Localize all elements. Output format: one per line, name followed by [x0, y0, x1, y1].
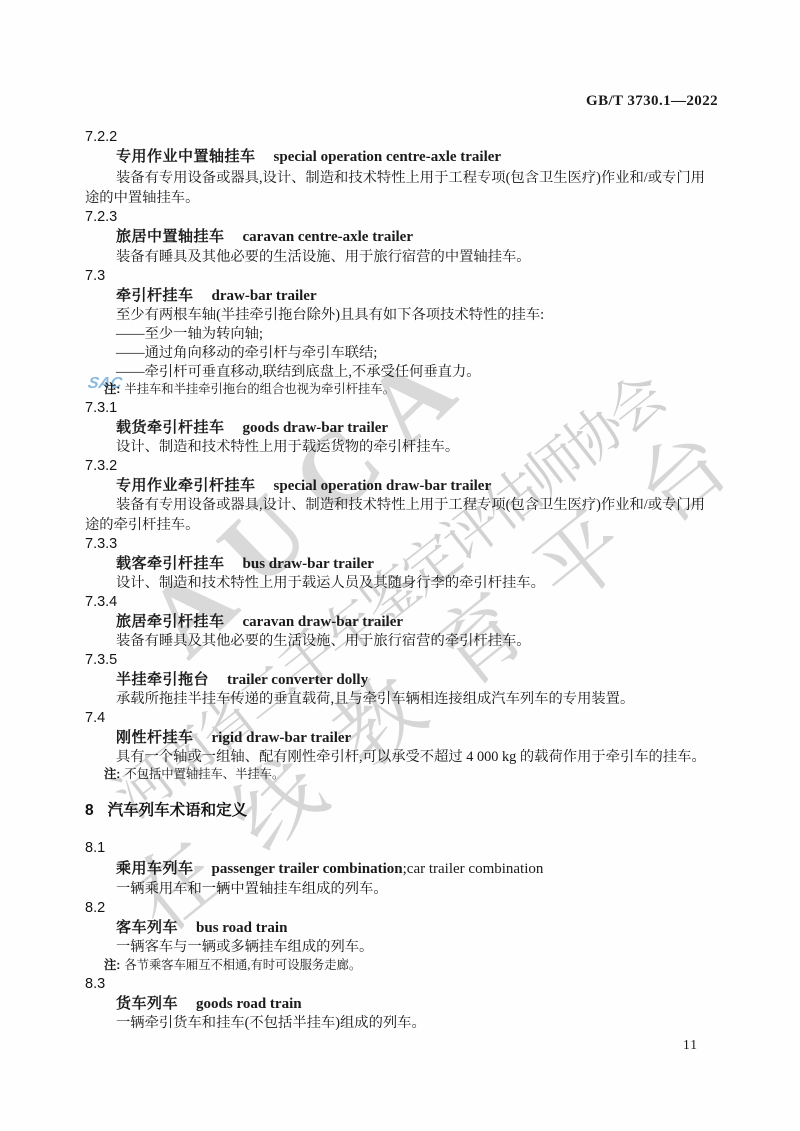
term-english: rigid draw-bar trailer: [212, 730, 352, 746]
term-chinese: 旅居牵引杆挂车: [116, 613, 225, 630]
definition-line: ——通过角向移动的牵引杆与牵引车联结;: [116, 345, 377, 361]
term-line: 牵引杆挂车draw-bar trailer: [116, 288, 317, 304]
note-label: 注:: [104, 958, 120, 972]
section-number: 8: [85, 802, 94, 819]
definition-line: ——牵引杆可垂直移动,联结到底盘上,不承受任何垂直力。: [116, 364, 481, 380]
term-line: 专用作业中置轴挂车special operation centre-axle t…: [116, 149, 501, 165]
note-text: 不包括中置轴挂车、半挂车。: [124, 767, 284, 781]
term-english: special operation draw-bar trailer: [274, 478, 492, 494]
clause-number: 8.2: [85, 901, 105, 916]
term-line: 专用作业牵引杆挂车special operation draw-bar trai…: [116, 478, 491, 494]
term-english: bus draw-bar trailer: [243, 556, 374, 572]
definition-line: 一辆乘用车和一辆中置轴挂车组成的列车。: [116, 881, 388, 897]
term-english-alt: ;car trailer combination: [403, 861, 544, 877]
term-line: 客车列车bus road train: [116, 920, 287, 936]
term-line: 旅居牵引杆挂车caravan draw-bar trailer: [116, 614, 403, 630]
definition-line: 装备有睡具及其他必要的生活设施、用于旅行宿营的中置轴挂车。: [116, 249, 531, 265]
definition-line: 一辆客车与一辆或多辆挂车组成的列车。: [116, 939, 373, 955]
definition-line: 至少有两根车轴(半挂牵引拖台除外)且具有如下各项技术特性的挂车:: [116, 307, 544, 323]
term-line: 旅居中置轴挂车caravan centre-axle trailer: [116, 229, 413, 245]
section-title: 汽车列车术语和定义: [108, 802, 248, 819]
note-text: 各节乘客车厢互不相通,有时可设服务走廊。: [124, 958, 361, 972]
section-heading: 8汽车列车术语和定义: [85, 802, 247, 819]
definition-line: 一辆牵引货车和挂车(不包括半挂车)组成的列车。: [116, 1015, 426, 1031]
term-english: goods draw-bar trailer: [243, 420, 389, 436]
term-line: 载客牵引杆挂车bus draw-bar trailer: [116, 556, 374, 572]
document-body: 7.2.2专用作业中置轴挂车special operation centre-a…: [0, 0, 800, 1131]
note-label: 注:: [104, 382, 120, 396]
term-chinese: 货车列车: [116, 995, 178, 1012]
clause-number: 7.2.3: [85, 210, 117, 225]
definition-line: 装备有专用设备或器具,设计、制造和技术特性上用于工程专项(包含卫生医疗)作业和/…: [116, 497, 705, 513]
term-chinese: 牵引杆挂车: [116, 287, 194, 304]
note-line: 注:各节乘客车厢互不相通,有时可设服务走廊。: [104, 958, 361, 972]
clause-number: 7.3: [85, 269, 105, 284]
definition-line: 设计、制造和技术特性上用于载运人员及其随身行李的牵引杆挂车。: [116, 575, 545, 591]
definition-line: 承载所拖挂半挂车传递的垂直载荷,且与牵引车辆相连接组成汽车列车的专用装置。: [116, 691, 634, 707]
term-english: caravan draw-bar trailer: [243, 614, 404, 630]
term-english: trailer converter dolly: [227, 672, 368, 688]
clause-number: 7.4: [85, 711, 105, 726]
document-page: AUCA 河南省二手车鉴定评估师协会 在线教育平台 SAC GB/T 3730.…: [0, 0, 800, 1131]
note-text: 半挂车和半挂牵引拖台的组合也视为牵引杆挂车。: [124, 382, 395, 396]
clause-number: 7.3.5: [85, 653, 117, 668]
clause-number: 7.2.2: [85, 130, 117, 145]
definition-line: 装备有专用设备或器具,设计、制造和技术特性上用于工程专项(包含卫生医疗)作业和/…: [116, 170, 705, 186]
term-english: goods road train: [196, 996, 302, 1012]
term-chinese: 专用作业牵引杆挂车: [116, 477, 256, 494]
clause-number: 7.3.1: [85, 401, 117, 416]
term-line: 乘用车列车passenger trailer combination;car t…: [116, 861, 543, 877]
term-chinese: 刚性杆挂车: [116, 729, 194, 746]
definition-line: 具有一个轴或一组轴、配有刚性牵引杆,可以承受不超过 4 000 kg 的载荷作用…: [116, 749, 706, 765]
term-english: bus road train: [196, 920, 287, 936]
clause-number: 7.3.2: [85, 459, 117, 474]
term-chinese: 专用作业中置轴挂车: [116, 148, 256, 165]
definition-line: ——至少一轴为转向轴;: [116, 326, 263, 342]
definition-line: 途的中置轴挂车。: [85, 190, 199, 206]
term-chinese: 载货牵引杆挂车: [116, 419, 225, 436]
term-english: caravan centre-axle trailer: [243, 229, 413, 245]
note-line: 注:不包括中置轴挂车、半挂车。: [104, 767, 284, 781]
term-line: 货车列车goods road train: [116, 996, 302, 1012]
definition-line: 途的牵引杆挂车。: [85, 517, 199, 533]
term-chinese: 半挂牵引拖台: [116, 671, 209, 688]
note-label: 注:: [104, 767, 120, 781]
definition-line: 设计、制造和技术特性上用于载运货物的牵引杆挂车。: [116, 439, 459, 455]
clause-number: 8.3: [85, 977, 105, 992]
term-chinese: 乘用车列车: [116, 860, 194, 877]
clause-number: 8.1: [85, 841, 105, 856]
term-line: 刚性杆挂车rigid draw-bar trailer: [116, 730, 351, 746]
term-chinese: 客车列车: [116, 919, 178, 936]
clause-number: 7.3.4: [85, 595, 117, 610]
clause-number: 7.3.3: [85, 537, 117, 552]
term-chinese: 载客牵引杆挂车: [116, 555, 225, 572]
definition-line: 装备有睡具及其他必要的生活设施、用于旅行宿营的牵引杆挂车。: [116, 633, 531, 649]
term-line: 半挂牵引拖台trailer converter dolly: [116, 672, 368, 688]
note-line: 注:半挂车和半挂牵引拖台的组合也视为牵引杆挂车。: [104, 382, 395, 396]
term-english: special operation centre-axle trailer: [274, 149, 502, 165]
term-english: passenger trailer combination: [212, 861, 403, 877]
term-line: 载货牵引杆挂车goods draw-bar trailer: [116, 420, 388, 436]
term-chinese: 旅居中置轴挂车: [116, 228, 225, 245]
term-english: draw-bar trailer: [212, 288, 317, 304]
